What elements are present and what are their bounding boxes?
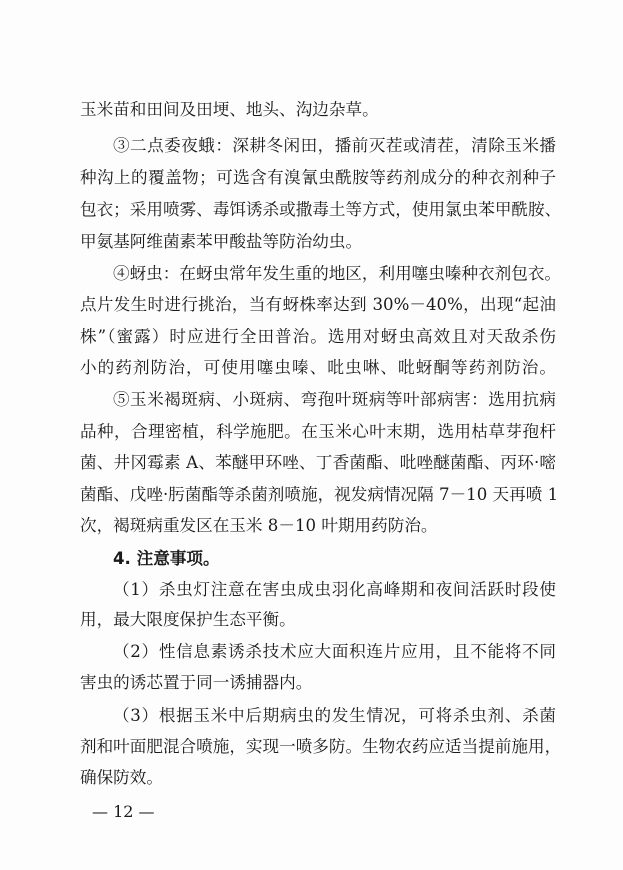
paragraph-line: 菌酯、戊唑·肟菌酯等杀菌剂喷施，视发病情况隔 7－10 天再喷 1 <box>80 485 556 505</box>
item-4-title-line: ④蚜虫：在蚜虫常年发生重的地区，利用噻虫嗪种衣剂包衣。 <box>113 264 556 284</box>
paragraph-line: 包衣；采用喷雾、毒饵诱杀或撒毒土等方式，使用氯虫苯甲酰胺、 <box>80 200 556 220</box>
note-3-line: （3）根据玉米中后期病虫的发生情况，可将杀虫剂、杀菌 <box>113 706 556 726</box>
note-1-line: （1）杀虫灯注意在害虫成虫羽化高峰期和夜间活跃时段使 <box>113 580 556 600</box>
note-2-line: （2）性信息素诱杀技术应大面积连片应用，且不能将不同 <box>113 642 556 662</box>
paragraph-line: 菌、井冈霉素 A、苯醚甲环唑、丁香菌酯、吡唑醚菌酯、丙环·嘧 <box>80 453 556 473</box>
section-heading: 4. 注意事项。 <box>113 549 556 569</box>
paragraph-line: 品种，合理密植，科学施肥。在玉米心叶末期，选用枯草芽孢杆 <box>80 422 556 442</box>
paragraph-line: 确保防效。 <box>80 768 556 788</box>
paragraph-line: 玉米苗和田间及田埂、地头、沟边杂草。 <box>80 100 556 120</box>
paragraph-line: 次，褐斑病重发区在玉米 8－10 叶期用药防治。 <box>80 516 556 536</box>
paragraph-line: 甲氨基阿维菌素苯甲酸盐等防治幼虫。 <box>80 232 556 252</box>
page-number: — 12 — <box>92 802 155 822</box>
paragraph-line: 剂和叶面肥混合喷施，实现一喷多防。生物农药应适当提前施用， <box>80 737 556 757</box>
paragraph-line: 株”（蜜露）时应进行全田普治。选用对蚜虫高效且对天敌杀伤 <box>80 327 556 347</box>
item-3-title-line: ③二点委夜蛾：深耕冬闲田，播前灭茬或清茬，清除玉米播 <box>113 136 556 156</box>
document-page: 玉米苗和田间及田埂、地头、沟边杂草。 ③二点委夜蛾：深耕冬闲田，播前灭茬或清茬，… <box>0 0 623 870</box>
paragraph-line: 用，最大限度保护生态平衡。 <box>80 610 556 630</box>
paragraph-line: 种沟上的覆盖物；可选含有溴氰虫酰胺等药剂成分的种衣剂种子 <box>80 168 556 188</box>
paragraph-line: 小的药剂防治，可使用噻虫嗪、吡虫啉、吡蚜酮等药剂防治。 <box>80 358 556 378</box>
paragraph-line: 害虫的诱芯置于同一诱捕器内。 <box>80 673 556 693</box>
paragraph-line: 点片发生时进行挑治，当有蚜株率达到 30%－40%，出现“起油 <box>80 295 556 315</box>
item-5-title-line: ⑤玉米褐斑病、小斑病、弯孢叶斑病等叶部病害：选用抗病 <box>113 390 556 410</box>
